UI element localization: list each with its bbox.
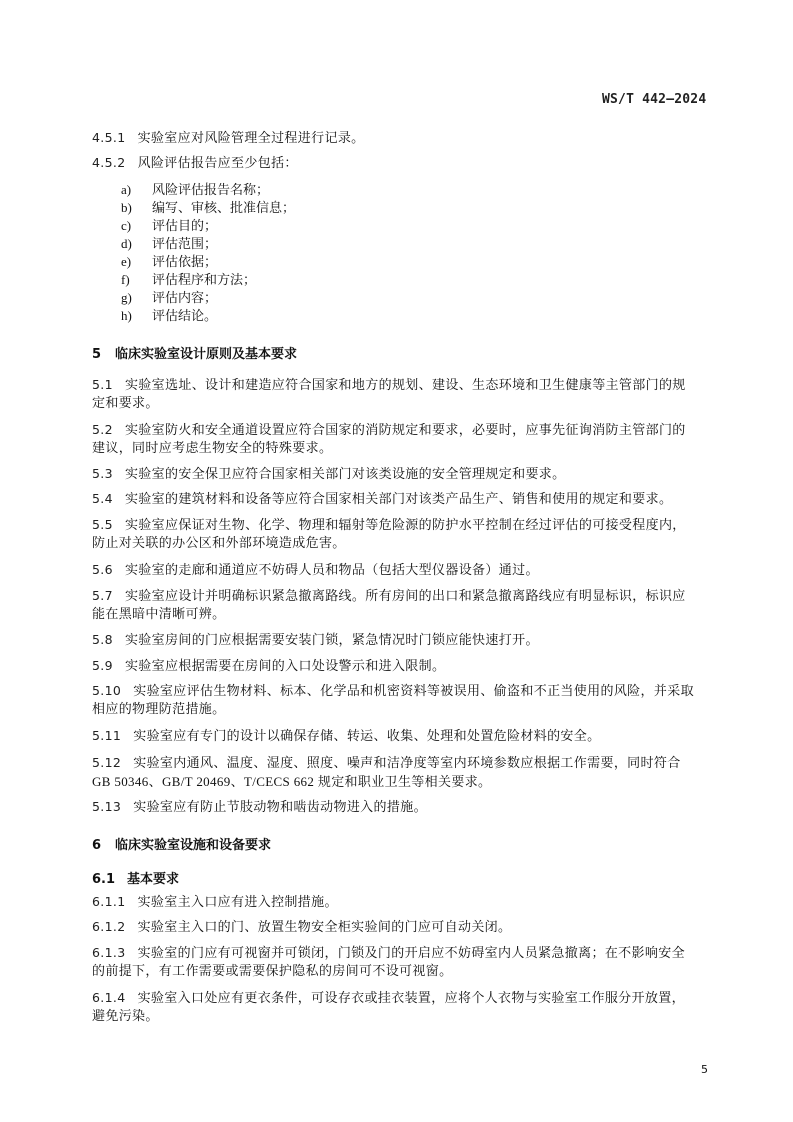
clause-text: 实验室主入口的门、放置生物安全柜实验间的门应可自动关闭。 [138, 920, 512, 935]
clause-text: 实验室应保证对生物、化学、物理和辐射等危险源的防护水平控制在经过评估的可接受程度… [125, 518, 686, 533]
list-marker: e) [121, 253, 152, 271]
standard-code-header: WS/T 442—2024 [602, 92, 706, 107]
list-text: 评估范围； [152, 237, 217, 252]
clause-number: 6.1.2 [92, 919, 126, 934]
clause-number: 5.12 [92, 755, 121, 770]
clause-number: 6.1.4 [92, 990, 126, 1005]
clause-5-4: 5.4实验室的建筑材料和设备等应符合国家相关部门对该类产品生产、销售和使用的规定… [92, 490, 722, 509]
clause-number: 5.10 [92, 683, 121, 698]
clause-text-cont: 防止对关联的办公区和外部环境造成危害。 [92, 536, 346, 551]
list-item: e)评估依据； [121, 253, 217, 272]
clause-text: 实验室的建筑材料和设备等应符合国家相关部门对该类产品生产、销售和使用的规定和要求… [125, 492, 672, 507]
clause-number: 5.6 [92, 562, 113, 577]
chapter-number: 5 [92, 347, 101, 362]
list-item: c)评估目的； [121, 217, 217, 236]
list-text: 编写、审核、批准信息； [152, 201, 295, 216]
clause-text: 实验室应有专门的设计以确保存储、转运、收集、处理和处置危险材料的安全。 [133, 729, 600, 744]
list-item: d)评估范围； [121, 235, 217, 254]
clause-text-cont: 避免污染。 [92, 1009, 159, 1024]
clause-number: 5.5 [92, 517, 113, 532]
clause-number: 5.1 [92, 377, 113, 392]
clause-number: 6.1.1 [92, 894, 126, 909]
clause-text: 实验室房间的门应根据需要安装门锁，紧急情况时门锁应能快速打开。 [125, 633, 539, 648]
list-text: 评估目的； [152, 219, 217, 234]
list-text: 评估依据； [152, 255, 217, 270]
clause-5-8: 5.8实验室房间的门应根据需要安装门锁，紧急情况时门锁应能快速打开。 [92, 631, 722, 650]
clause-number: 5.9 [92, 658, 113, 673]
clause-number: 5.4 [92, 491, 113, 506]
clause-6-1-1: 6.1.1实验室主入口应有进入控制措施。 [92, 893, 722, 912]
list-marker: f) [121, 271, 152, 289]
clause-5-9: 5.9实验室应根据需要在房间的入口处设警示和进入限制。 [92, 657, 722, 676]
list-item: a)风险评估报告名称； [121, 181, 269, 200]
clause-text: 实验室的走廊和通道应不妨碍人员和物品（包括大型仪器设备）通过。 [125, 563, 539, 578]
clause-number: 4.5.2 [92, 155, 126, 170]
clause-6-1-4: 6.1.4实验室入口处应有更衣条件，可设存衣或挂衣装置，应将个人衣物与实验室工作… [92, 989, 722, 1026]
clause-number: 5.3 [92, 466, 113, 481]
clause-5-5: 5.5实验室应保证对生物、化学、物理和辐射等危险源的防护水平控制在经过评估的可接… [92, 516, 722, 553]
clause-5-7: 5.7实验室应设计并明确标识紧急撤离路线。所有房间的出口和紧急撤离路线应有明显标… [92, 587, 722, 624]
chapter-number: 6 [92, 838, 101, 853]
clause-text: 实验室应设计并明确标识紧急撤离路线。所有房间的出口和紧急撤离路线应有明显标识，标… [125, 589, 686, 604]
list-marker: g) [121, 289, 152, 307]
clause-number: 5.2 [92, 422, 113, 437]
section-title: 基本要求 [127, 872, 179, 887]
list-item: h)评估结论。 [121, 307, 217, 326]
clause-5-10: 5.10实验室应评估生物材料、标本、化学品和机密资料等被误用、偷盗和不正当使用的… [92, 682, 722, 719]
clause-6-1-3: 6.1.3实验室的门应有可视窗并可锁闭，门锁及门的开启应不妨碍室内人员紧急撤离；… [92, 944, 722, 981]
clause-text: 实验室应评估生物材料、标本、化学品和机密资料等被误用、偷盗和不正当使用的风险，并… [133, 684, 694, 699]
clause-5-3: 5.3实验室的安全保卫应符合国家相关部门对该类设施的安全管理规定和要求。 [92, 465, 722, 484]
clause-text: 实验室防火和安全通道设置应符合国家的消防规定和要求，必要时，应事先征询消防主管部… [125, 423, 686, 438]
clause-number: 5.7 [92, 588, 113, 603]
page-number: 5 [701, 1063, 708, 1076]
list-text: 评估内容； [152, 291, 217, 306]
clause-number: 5.8 [92, 632, 113, 647]
clause-text-cont: GB 50346、GB/T 20469、T/CECS 662 规定和职业卫生等相… [92, 774, 491, 789]
chapter-title: 临床实验室设计原则及基本要求 [115, 347, 297, 362]
clause-text: 实验室主入口应有进入控制措施。 [138, 895, 338, 910]
clause-5-11: 5.11实验室应有专门的设计以确保存储、转运、收集、处理和处置危险材料的安全。 [92, 727, 722, 746]
clause-text-cont: 相应的物理防范措施。 [92, 702, 226, 717]
clause-number: 5.13 [92, 799, 121, 814]
list-marker: h) [121, 307, 152, 325]
clause-text: 实验室的安全保卫应符合国家相关部门对该类设施的安全管理规定和要求。 [125, 467, 566, 482]
clause-text: 实验室应根据需要在房间的入口处设警示和进入限制。 [125, 659, 445, 674]
list-marker: c) [121, 217, 152, 235]
clause-text-cont: 定和要求。 [92, 396, 159, 411]
clause-text: 实验室选址、设计和建造应符合国家和地方的规划、建设、生态环境和卫生健康等主管部门… [125, 378, 686, 393]
clause-5-6: 5.6实验室的走廊和通道应不妨碍人员和物品（包括大型仪器设备）通过。 [92, 561, 722, 580]
clause-number: 6.1.3 [92, 945, 126, 960]
list-text: 评估结论。 [152, 309, 217, 324]
clause-text-cont: 能在黑暗中清晰可辨。 [92, 607, 226, 622]
clause-5-13: 5.13实验室应有防止节肢动物和啮齿动物进入的措施。 [92, 798, 722, 817]
list-marker: a) [121, 181, 152, 199]
clause-5-12: 5.12实验室内通风、温度、湿度、照度、噪声和洁净度等室内环境参数应根据工作需要… [92, 754, 722, 792]
clause-number: 5.11 [92, 728, 121, 743]
chapter-5-heading: 5临床实验室设计原则及基本要求 [92, 343, 297, 362]
section-number: 6.1 [92, 872, 115, 887]
list-text: 评估程序和方法； [152, 273, 256, 288]
clause-5-1: 5.1实验室选址、设计和建造应符合国家和地方的规划、建设、生态环境和卫生健康等主… [92, 376, 722, 413]
clause-text-cont: 的前提下，有工作需要或需要保护隐私的房间可不设可视窗。 [92, 964, 452, 979]
chapter-title: 临床实验室设施和设备要求 [115, 838, 271, 853]
list-marker: d) [121, 235, 152, 253]
clause-text: 实验室应有防止节肢动物和啮齿动物进入的措施。 [133, 800, 427, 815]
list-item: f)评估程序和方法； [121, 271, 256, 290]
clause-6-1-2: 6.1.2实验室主入口的门、放置生物安全柜实验间的门应可自动关闭。 [92, 918, 722, 937]
chapter-6-heading: 6临床实验室设施和设备要求 [92, 834, 271, 853]
clause-5-2: 5.2实验室防火和安全通道设置应符合国家的消防规定和要求，必要时，应事先征询消防… [92, 421, 722, 458]
clause-number: 4.5.1 [92, 130, 126, 145]
list-item: g)评估内容； [121, 289, 217, 308]
clause-text: 实验室内通风、温度、湿度、照度、噪声和洁净度等室内环境参数应根据工作需要，同时符… [133, 756, 680, 771]
clause-text: 实验室的门应有可视窗并可锁闭，门锁及门的开启应不妨碍室内人员紧急撤离；在不影响安… [138, 946, 685, 961]
list-marker: b) [121, 199, 152, 217]
list-item: b)编写、审核、批准信息； [121, 199, 295, 218]
clause-text: 实验室应对风险管理全过程进行记录。 [138, 131, 365, 146]
section-6-1-heading: 6.1基本要求 [92, 868, 179, 887]
clause-text: 风险评估报告应至少包括： [138, 156, 298, 171]
clause-4-5-2: 4.5.2风险评估报告应至少包括： [92, 154, 722, 173]
list-text: 风险评估报告名称； [152, 183, 269, 198]
clause-text-cont: 建议，同时应考虑生物安全的特殊要求。 [92, 441, 332, 456]
clause-4-5-1: 4.5.1实验室应对风险管理全过程进行记录。 [92, 129, 722, 148]
clause-text: 实验室入口处应有更衣条件，可设存衣或挂衣装置，应将个人衣物与实验室工作服分开放置… [138, 991, 685, 1006]
